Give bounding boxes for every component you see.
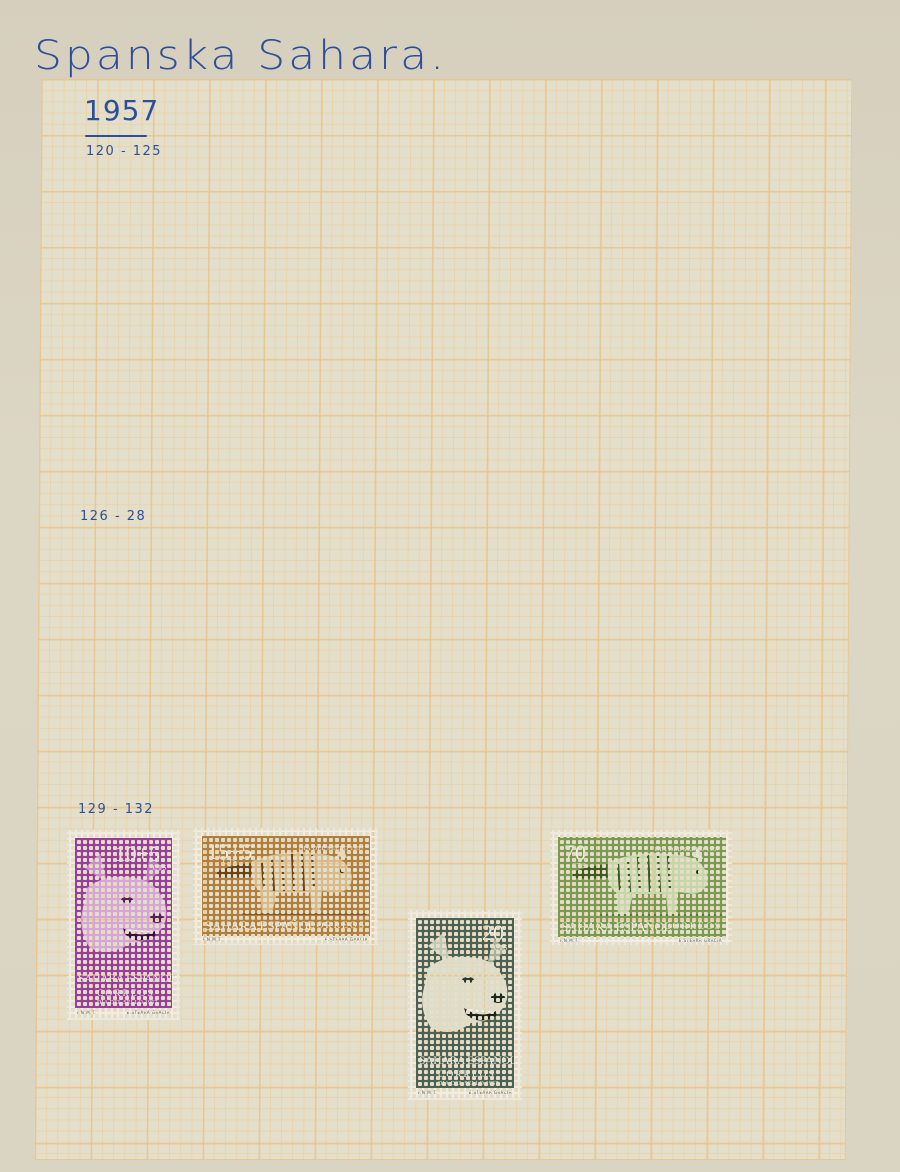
stamp-design: 70 CTS DIA DEL SELLO 1957 SAHARA ESPAÑOL… [558,837,726,937]
stamp-value: 70 [564,842,586,864]
stamp-unit: CTS [572,862,586,870]
stamp-imprint-right: E.STEARA GRACIA [127,1010,170,1015]
stamp-10-5-cts[interactable]: 10+5 CTS SAHARA ESPAÑOL CORREOS DIA DEL … [67,830,180,1020]
stamp-correos: CORREOS [438,1070,496,1080]
stamp-unit: CTS [223,858,237,866]
stamp-imprint-left: F.N.M.T. [77,1010,96,1015]
stamp-imprint-left: F.N.M.T. [203,937,222,942]
stamp-imprint-left: F.N.M.T. [418,1090,437,1095]
stamp-country: SAHARA ESPAÑOL [419,1055,514,1067]
stamp-subtitle: DIA DEL SELLO 1957 [438,1081,499,1087]
year-underline [85,135,147,137]
stamp-subtitle: DIA DEL SELLO 1957 [97,1000,158,1006]
stamp-country: SAHARA ESPAÑOL [561,919,672,935]
stamp-value: 20 [482,922,504,944]
catalog-range-3: 129 - 132 [78,802,154,817]
stamp-design: 20 CTS SAHARA ESPAÑOL CORREOS DIA DEL SE… [416,918,514,1088]
stamp-subtitle: DIA DEL SELLO 1957 [655,846,720,853]
stamp-imprint-left: F.N.M.T. [560,938,579,943]
catalog-range-2: 126 - 28 [80,509,146,524]
stamp-country: SAHARA ESPAÑOL [78,973,172,985]
stamp-correos: CORREOS [664,922,722,932]
stamp-correos: CORREOS [308,921,366,931]
stamp-imprint-right: E.STEARA GRACIA [325,937,368,942]
stamp-design: 15+5 CTS DIA DEL SELLO 1957 SAHARA ESPAÑ… [202,836,370,936]
stamp-design: 10+5 CTS SAHARA ESPAÑOL CORREOS DIA DEL … [75,838,172,1008]
stamp-correos: CORREOS [97,989,155,999]
stamp-country: SAHARA ESPAÑOL [205,918,316,934]
stamp-15-5-cts[interactable]: 15+5 CTS DIA DEL SELLO 1957 SAHARA ESPAÑ… [193,828,378,945]
stamp-value: 10+5 [115,843,160,865]
page-title: Spanska Sahara. [34,32,447,79]
year-label: 1957 [84,94,159,127]
stamp-unit: CTS [153,864,167,872]
stamp-subtitle: DIA DEL SELLO 1957 [299,845,364,852]
catalog-range-1: 120 - 125 [86,144,162,159]
stamp-imprint-right: E.STEARA GRACIA [469,1090,512,1095]
stamp-70-cts[interactable]: 70 CTS DIA DEL SELLO 1957 SAHARA ESPAÑOL… [550,830,732,945]
stamp-imprint-right: E.STEARA GRACIA [679,938,722,943]
stamp-20-cts[interactable]: 20 CTS SAHARA ESPAÑOL CORREOS DIA DEL SE… [408,910,522,1100]
stamp-unit: CTS [494,944,508,952]
